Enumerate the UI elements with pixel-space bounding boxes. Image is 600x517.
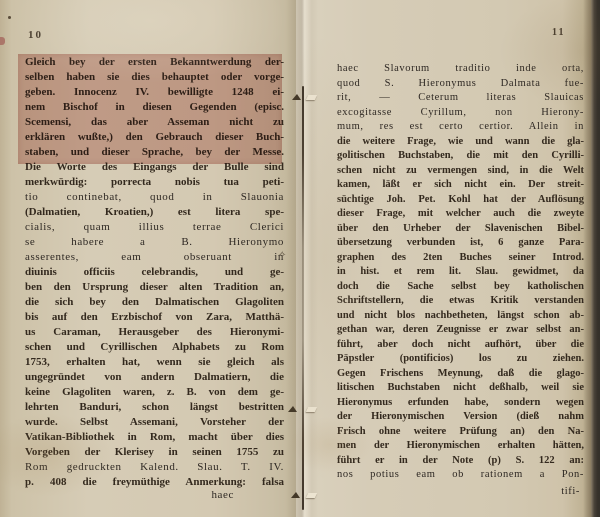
text-line: (Dalmatien, Kroatien,) est litera spe- — [25, 205, 284, 220]
text-line: in hist. et rem lit. Slau. gewidmet, da — [337, 265, 584, 280]
paper-speck — [8, 16, 11, 19]
text-line: bis auf den Erzbischof von Zara, Matthä- — [25, 310, 284, 325]
right-catchword: tifi- — [337, 486, 580, 497]
text-line: litischen Buchstaben nicht deßhalb, weil… — [337, 381, 584, 396]
text-line: diuinis officiis celebrandis, und ge- — [25, 265, 284, 280]
right-page-number: 11 — [552, 27, 565, 38]
text-line: und nicht blos nachbetheten, längst scho… — [337, 309, 584, 324]
text-line: schen nicht zu vermengen sind, in die We… — [337, 164, 584, 179]
text-line: doch die Sache selbst bey katholischen — [337, 280, 584, 295]
text-line: excogitasse Cyrillum, non Hierony- — [337, 106, 584, 121]
text-line: übersetzung verbunden ist, 6 ganze Para- — [337, 236, 584, 251]
text-line: Schriftstellern, die etwas Kritik versta… — [337, 294, 584, 309]
text-line: merkwürdig: porrecta nobis tua peti- — [25, 175, 284, 190]
left-catchword: haec — [25, 489, 234, 501]
text-line: gethan war, deren Zeugnisse er zwar selb… — [337, 323, 584, 338]
text-line: haec Slavorum traditio inde orta, — [337, 62, 584, 77]
left-page: 10 Gleich bey der ersten Bekanntwerdung … — [0, 0, 296, 517]
text-line: mum, res est certo certior. Allein in — [337, 120, 584, 135]
text-line: die sich bey den Dalmatischen Glagoliten — [25, 295, 284, 310]
left-page-number: 10 — [28, 29, 43, 41]
text-line: kamen, läßt er sich nicht ein. Der strei… — [337, 178, 584, 193]
text-line: Rom gedruckten Kalend. Slau. T. IV. — [25, 460, 284, 475]
text-line: Vorgeben der Klerisey in seinen 1755 zu — [25, 445, 284, 460]
text-line: graphen des 2ten Buches seiner Introd. — [337, 251, 584, 266]
text-line: golitischen Buchstaben, die mit den Cyri… — [337, 149, 584, 164]
text-line: nos potius eam ob rationem a Pon- — [337, 468, 584, 483]
text-line: asserentes, eam obseruant in — [25, 250, 284, 265]
text-line: rit, — Ceterum literas Slauicas — [337, 91, 584, 106]
text-line: Hieronymus erfunden habe, sondern wegen — [337, 396, 584, 411]
text-line: cialis, quam illius terrae Clerici — [25, 220, 284, 235]
text-line: Vatikan-Bibliothek in Rom, macht über di… — [25, 430, 284, 445]
text-line: ben den Ursprung dieser alten Tradition … — [25, 280, 284, 295]
text-line: Frisch ohne weitere Prüfung an) den Na- — [337, 425, 584, 440]
text-line: ungegründet von andern Dalmatiern, die — [25, 370, 284, 385]
text-line: Päpstler (pontificios) los zu ziehen. — [337, 352, 584, 367]
text-line: us Caraman, Herausgeber des Hieronymi- — [25, 325, 284, 340]
right-page-text: haec Slavorum traditio inde orta,quod S.… — [337, 62, 584, 483]
text-line: wurde. Selbst Assemani, Vorsteher der — [25, 415, 284, 430]
text-line: die weitere Frage, wie und wann die gla- — [337, 135, 584, 150]
right-page: 11 haec Slavorum traditio inde orta,quod… — [296, 0, 592, 517]
text-line: Gegen Frischens Meynung, daß die glago- — [337, 367, 584, 382]
text-line: führt er in der Note (p) S. 122 an: — [337, 454, 584, 469]
text-line: p. 408 die freymüthige Anmerkung: falsa — [25, 475, 284, 490]
text-line: über den Urheber der Slavenischen Bibel- — [337, 222, 584, 237]
text-line: se habere a B. Hieronymo — [25, 235, 284, 250]
text-line: quod S. Hieronymus Dalmata fue- — [337, 77, 584, 92]
text-line: 1753, erhalten hat, wenn sie gleich als — [25, 355, 284, 370]
text-line: dieser Frage, mit welcher auch die zweyt… — [337, 207, 584, 222]
text-line: men der Hieronymischen erhalten hätten, — [337, 439, 584, 454]
text-line: schen und Cyrillischen Alphabets zu Rom — [25, 340, 284, 355]
highlight-overlay — [18, 54, 282, 164]
scan-edge — [591, 0, 600, 517]
text-line: lehrten Banduri, schon längst bestritten — [25, 400, 284, 415]
text-line: führt, aber doch nicht aufhört, über die — [337, 338, 584, 353]
text-line: tio continebat, quod in Slauonia — [25, 190, 284, 205]
text-line: der Hieronymischen Version (dieß nahm — [337, 410, 584, 425]
text-line: keine Glagoliten waren, z. B. von dem ge… — [25, 385, 284, 400]
book-scan: 10 Gleich bey der ersten Bekanntwerdung … — [0, 0, 600, 517]
edge-mark — [0, 37, 5, 45]
text-line: süchtige Joh. Pet. Kohl hat der Auflösun… — [337, 193, 584, 208]
